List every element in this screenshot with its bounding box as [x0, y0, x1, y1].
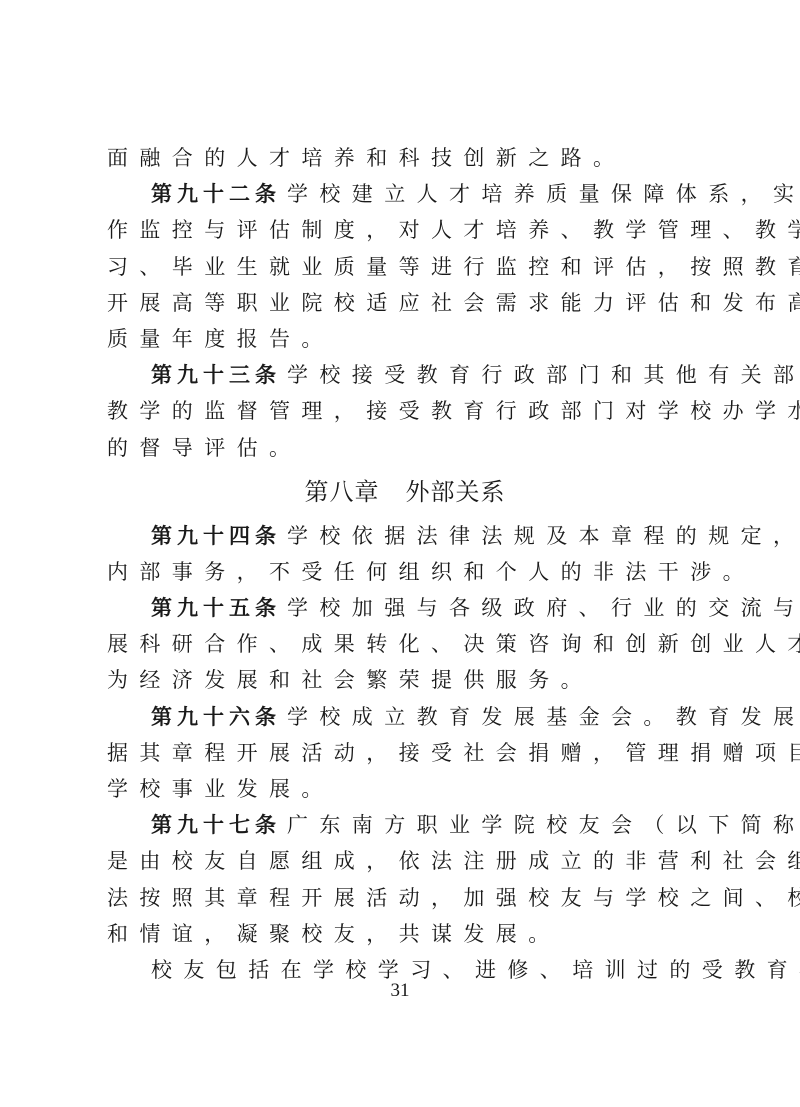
article-92-line: 第九十二条学校建立人才培养质量保障体系，实施教学工 [107, 176, 703, 212]
text-line: 教学的监督管理，接受教育行政部门对学校办学水平、教育质量 [107, 393, 703, 429]
text-line: 的督导评估。 [107, 430, 703, 466]
text-line: 质量年度报告。 [107, 321, 703, 357]
text-line: 据其章程开展活动，接受社会捐赠，管理捐赠项目和资金，支持 [107, 735, 703, 771]
text-line: 和情谊，凝聚校友，共谋发展。 [107, 916, 703, 952]
text-line: 习、毕业生就业质量等进行监控和评估，按照教育行政部门要求 [107, 249, 703, 285]
article-97-line: 第九十七条广东南方职业学院校友会（以下简称校友会） [107, 807, 703, 843]
article-93-line: 第九十三条学校接受教育行政部门和其他有关部门对教育 [107, 357, 703, 393]
text-line: 是由校友自愿组成，依法注册成立的非营利社会组织。校友会依 [107, 843, 703, 879]
chapter-heading: 第八章外部关系 [107, 466, 703, 518]
text-line: 法按照其章程开展活动，加强校友与学校之间、校友之间的联系 [107, 880, 703, 916]
article-label: 第九十二条 [151, 182, 281, 206]
chapter-title: 外部关系 [406, 478, 506, 506]
text-line: 内部事务，不受任何组织和个人的非法干涉。 [107, 554, 703, 590]
article-label: 第九十三条 [151, 363, 281, 387]
text: 学校接受教育行政部门和其他有关部门对教育 [287, 363, 800, 387]
text: 广东南方职业学院校友会（以下简称校友会） [287, 813, 800, 837]
article-label: 第九十六条 [151, 705, 281, 729]
article-94-line: 第九十四条学校依据法律法规及本章程的规定，自主管理 [107, 518, 703, 554]
document-page: 面融合的人才培养和科技创新之路。 第九十二条学校建立人才培养质量保障体系，实施教… [107, 140, 703, 988]
article-label: 第九十七条 [151, 813, 281, 837]
text-line: 学校事业发展。 [107, 771, 703, 807]
article-95-line: 第九十五条学校加强与各级政府、行业的交流与合作，开 [107, 590, 703, 626]
text-line: 展科研合作、成果转化、决策咨询和创新创业人才培养等活动， [107, 626, 703, 662]
article-label: 第九十四条 [151, 524, 281, 548]
text-line: 开展高等职业院校适应社会需求能力评估和发布高等职业教育 [107, 285, 703, 321]
page-number: 31 [0, 980, 800, 1002]
text-line: 面融合的人才培养和科技创新之路。 [107, 140, 703, 176]
text-line: 作监控与评估制度，对人才培养、教学管理、教学质量、学生学 [107, 212, 703, 248]
text: 学校建立人才培养质量保障体系，实施教学工 [287, 182, 800, 206]
text-line: 为经济发展和社会繁荣提供服务。 [107, 662, 703, 698]
text: 学校依据法律法规及本章程的规定，自主管理 [287, 524, 800, 548]
article-label: 第九十五条 [151, 596, 281, 620]
text: 学校加强与各级政府、行业的交流与合作，开 [287, 596, 800, 620]
text: 学校成立教育发展基金会。教育发展基金会依 [287, 705, 800, 729]
article-96-line: 第九十六条学校成立教育发展基金会。教育发展基金会依 [107, 699, 703, 735]
chapter-number: 第八章 [305, 478, 380, 506]
